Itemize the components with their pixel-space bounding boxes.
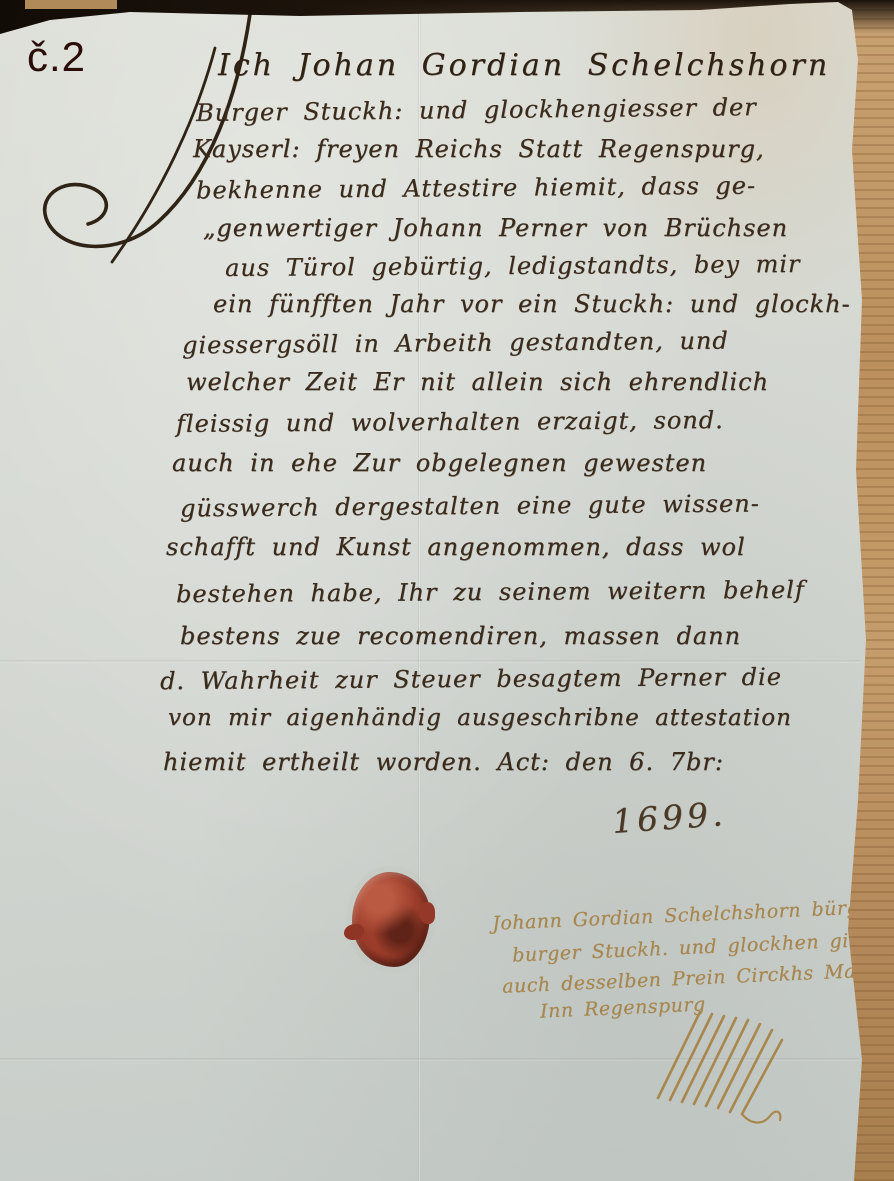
manuscript-line: schafft und Kunst angenommen, dass wol <box>166 533 746 561</box>
manuscript-line: Burger Stuckh: und glockhengiesser der <box>196 93 757 127</box>
top-left-table-sliver <box>25 0 117 9</box>
document-photo: Ich Johan Gordian Schelchshorn Burger St… <box>0 0 894 1181</box>
manuscript-line: Ich Johan Gordian Schelchshorn <box>218 48 830 83</box>
manuscript-line: d. Wahrheit zur Steuer besagtem Perner d… <box>160 663 782 695</box>
manuscript-line: bestens zue recomendiren, massen dann <box>180 622 741 650</box>
manuscript-line: güsswerch dergestalten eine gute wissen- <box>180 489 760 522</box>
manuscript-line: Kayserl: freyen Reichs Statt Regenspurg, <box>193 135 765 163</box>
manuscript-line: von mir aigenhändig ausgeschribne attest… <box>168 705 792 731</box>
archival-number-label: č.2 <box>27 33 86 81</box>
manuscript-paper: Ich Johan Gordian Schelchshorn Burger St… <box>0 0 894 1181</box>
manuscript-line: „genwertiger Johann Perner von Brüchsen <box>203 214 788 242</box>
manuscript-line: ein fünfften Jahr vor ein Stuckh: und gl… <box>213 290 851 318</box>
manuscript-line: bekhenne und Attestire hiemit, dass ge- <box>196 172 756 205</box>
signature-flourish-hatching <box>630 1000 830 1130</box>
manuscript-line: giessergsöll in Arbeith gestandten, und <box>182 327 729 360</box>
manuscript-line: welcher Zeit Er nit allein sich ehrendli… <box>186 368 769 396</box>
date-text: 1699. <box>611 794 728 841</box>
manuscript-line: aus Türol gebürtig, ledigstandts, bey mi… <box>225 250 801 282</box>
manuscript-line: fleissig und wolverhalten erzaigt, sond. <box>176 406 724 438</box>
manuscript-line: hiemit ertheilt worden. Act: den 6. 7br: <box>163 748 724 776</box>
red-wax-seal <box>352 872 430 967</box>
signature-line: Johann Gordian Schelchshorn bürgerlicher <box>492 893 894 934</box>
manuscript-line: bestehen habe, Ihr zu seinem weitern beh… <box>176 576 805 608</box>
manuscript-line: auch in ehe Zur obgelegnen gewesten <box>172 449 707 477</box>
